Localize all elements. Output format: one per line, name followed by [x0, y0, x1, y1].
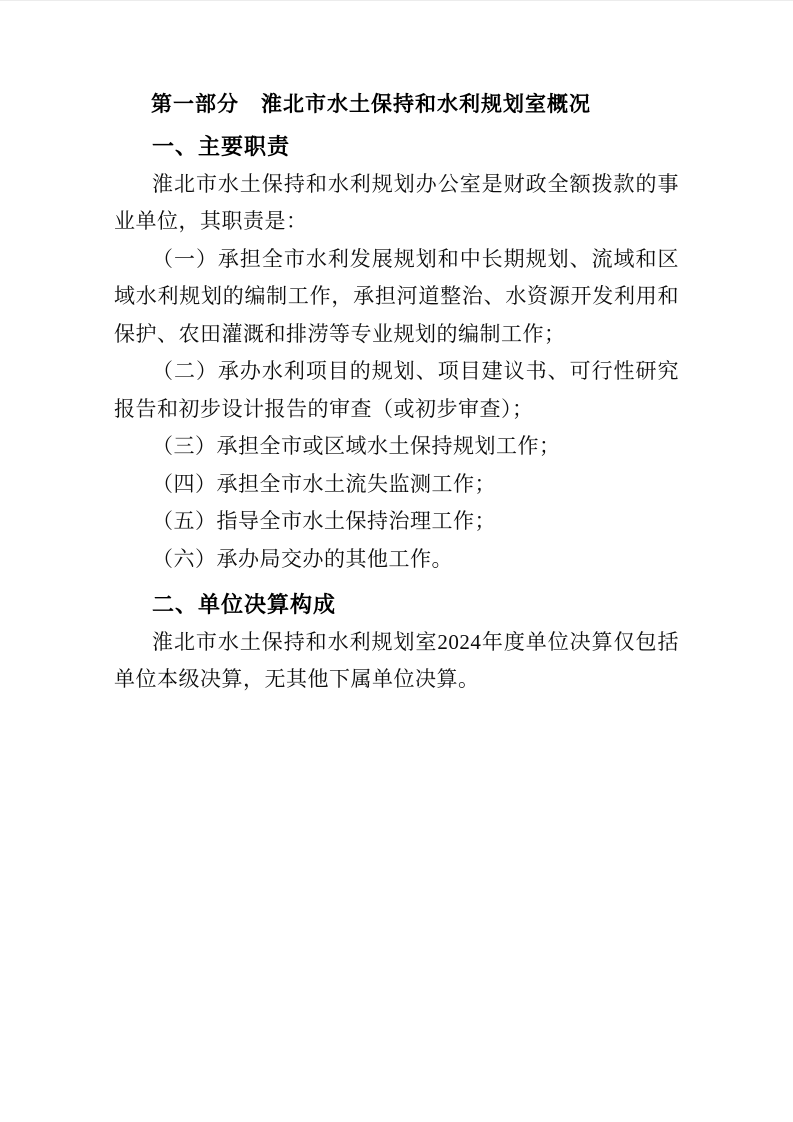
- paragraph-budget-composition: 淮北市水土保持和水利规划室2024年度单位决算仅包括单位本级决算，无其他下属单位…: [114, 624, 679, 699]
- part-heading: 第一部分 淮北市水土保持和水利规划室概况: [114, 90, 679, 120]
- section-2-heading: 二、单位决算构成: [114, 586, 679, 624]
- document-body: 第一部分 淮北市水土保持和水利规划室概况 一、主要职责 淮北市水土保持和水利规划…: [114, 90, 679, 699]
- paragraph-duty-1: （一）承担全市水利发展规划和中长期规划、流域和区域水利规划的编制工作，承担河道整…: [114, 241, 679, 354]
- paragraph-duty-3: （三）承担全市或区域水土保持规划工作；: [114, 428, 679, 466]
- paragraph-duty-5: （五）指导全市水土保持治理工作；: [114, 503, 679, 541]
- paragraph-duty-2: （二）承办水利项目的规划、项目建议书、可行性研究报告和初步设计报告的审查（或初步…: [114, 353, 679, 428]
- document-page: 第一部分 淮北市水土保持和水利规划室概况 一、主要职责 淮北市水土保持和水利规划…: [0, 0, 793, 1122]
- paragraph-duty-4: （四）承担全市水土流失监测工作；: [114, 466, 679, 504]
- paragraph-duty-6: （六）承办局交办的其他工作。: [114, 541, 679, 579]
- section-1-heading: 一、主要职责: [114, 128, 679, 166]
- paragraph-duties-intro: 淮北市水土保持和水利规划办公室是财政全额拨款的事业单位，其职责是：: [114, 166, 679, 241]
